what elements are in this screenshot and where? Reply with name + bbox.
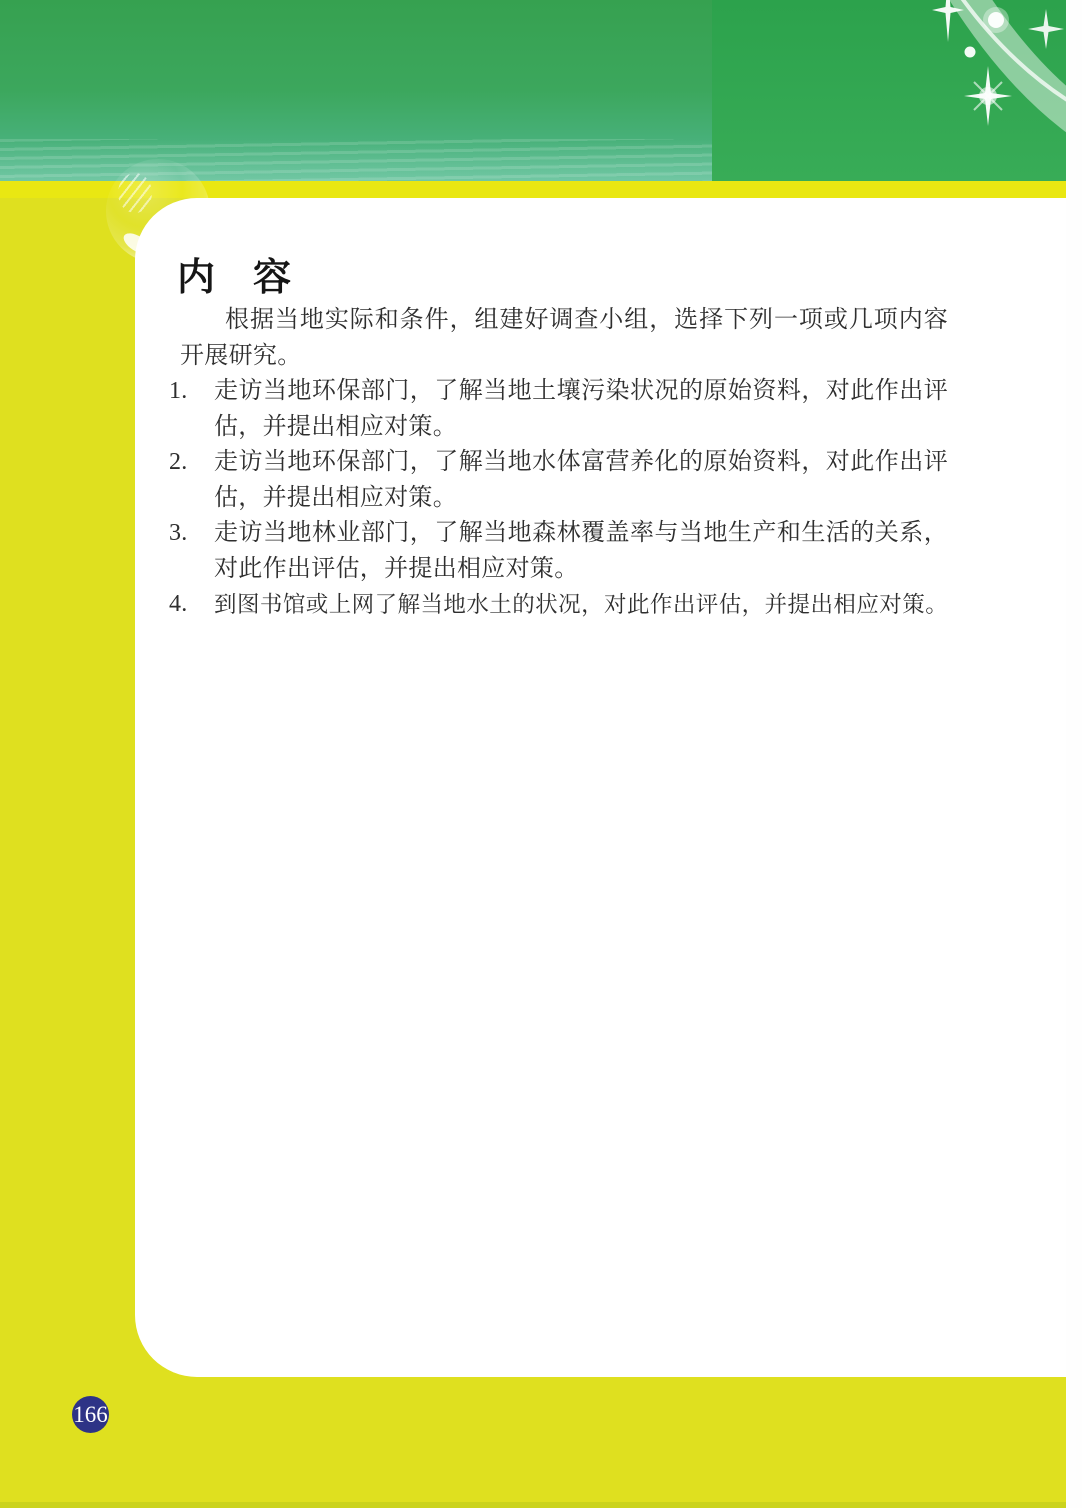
list-item-number: 4. [169, 587, 214, 623]
list-item: 4. 到图书馆或上网了解当地水土的状况，对此作出评估，并提出相应对策。 [169, 587, 1066, 623]
list-item-line: 对此作出评估，并提出相应对策。 [214, 552, 948, 588]
textbook-page: { "doc": { "title": "内 容", "intro": { "l… [0, 0, 1082, 1508]
list-item-number: 2. [169, 445, 214, 516]
intro-paragraph: 根据当地实际和条件，组建好调查小组，选择下列一项或几项内容 开展研究。 [180, 303, 948, 374]
page-number: 166 [73, 1402, 108, 1428]
intro-line: 开展研究。 [180, 339, 948, 375]
page-number-badge: 166 [72, 1396, 109, 1433]
list-item-line: 到图书馆或上网了解当地水土的状况，对此作出评估，并提出相应对策。 [214, 587, 948, 623]
list-item-line: 估，并提出相应对策。 [214, 410, 948, 446]
list-item-line: 走访当地林业部门，了解当地森林覆盖率与当地生产和生活的关系， [214, 516, 948, 552]
list-item-line: 走访当地环保部门，了解当地土壤污染状况的原始资料，对此作出评 [214, 374, 948, 410]
bottom-edge-strip [0, 1502, 1066, 1508]
header-green-gradient [0, 0, 712, 181]
list-item: 3. 走访当地林业部门，了解当地森林覆盖率与当地生产和生活的关系， 对此作出评估… [169, 516, 1066, 587]
page-right-margin [1066, 0, 1082, 1508]
header-green-right-block [712, 0, 1066, 181]
page-title: 内 容 [177, 255, 1066, 301]
content-card: 内 容 根据当地实际和条件，组建好调查小组，选择下列一项或几项内容 开展研究。 … [135, 198, 1066, 1377]
list-item-line: 估，并提出相应对策。 [214, 481, 948, 517]
content-body: 根据当地实际和条件，组建好调查小组，选择下列一项或几项内容 开展研究。 1. 走… [169, 303, 1066, 623]
list-item-number: 3. [169, 516, 214, 587]
list-item-number: 1. [169, 374, 214, 445]
list-item-line: 走访当地环保部门，了解当地水体富营养化的原始资料，对此作出评 [214, 445, 948, 481]
list-item: 2. 走访当地环保部门，了解当地水体富营养化的原始资料，对此作出评 估，并提出相… [169, 445, 1066, 516]
list-item: 1. 走访当地环保部门，了解当地土壤污染状况的原始资料，对此作出评 估，并提出相… [169, 374, 1066, 445]
header-water-texture [0, 139, 712, 181]
intro-line: 根据当地实际和条件，组建好调查小组，选择下列一项或几项内容 [180, 303, 948, 339]
